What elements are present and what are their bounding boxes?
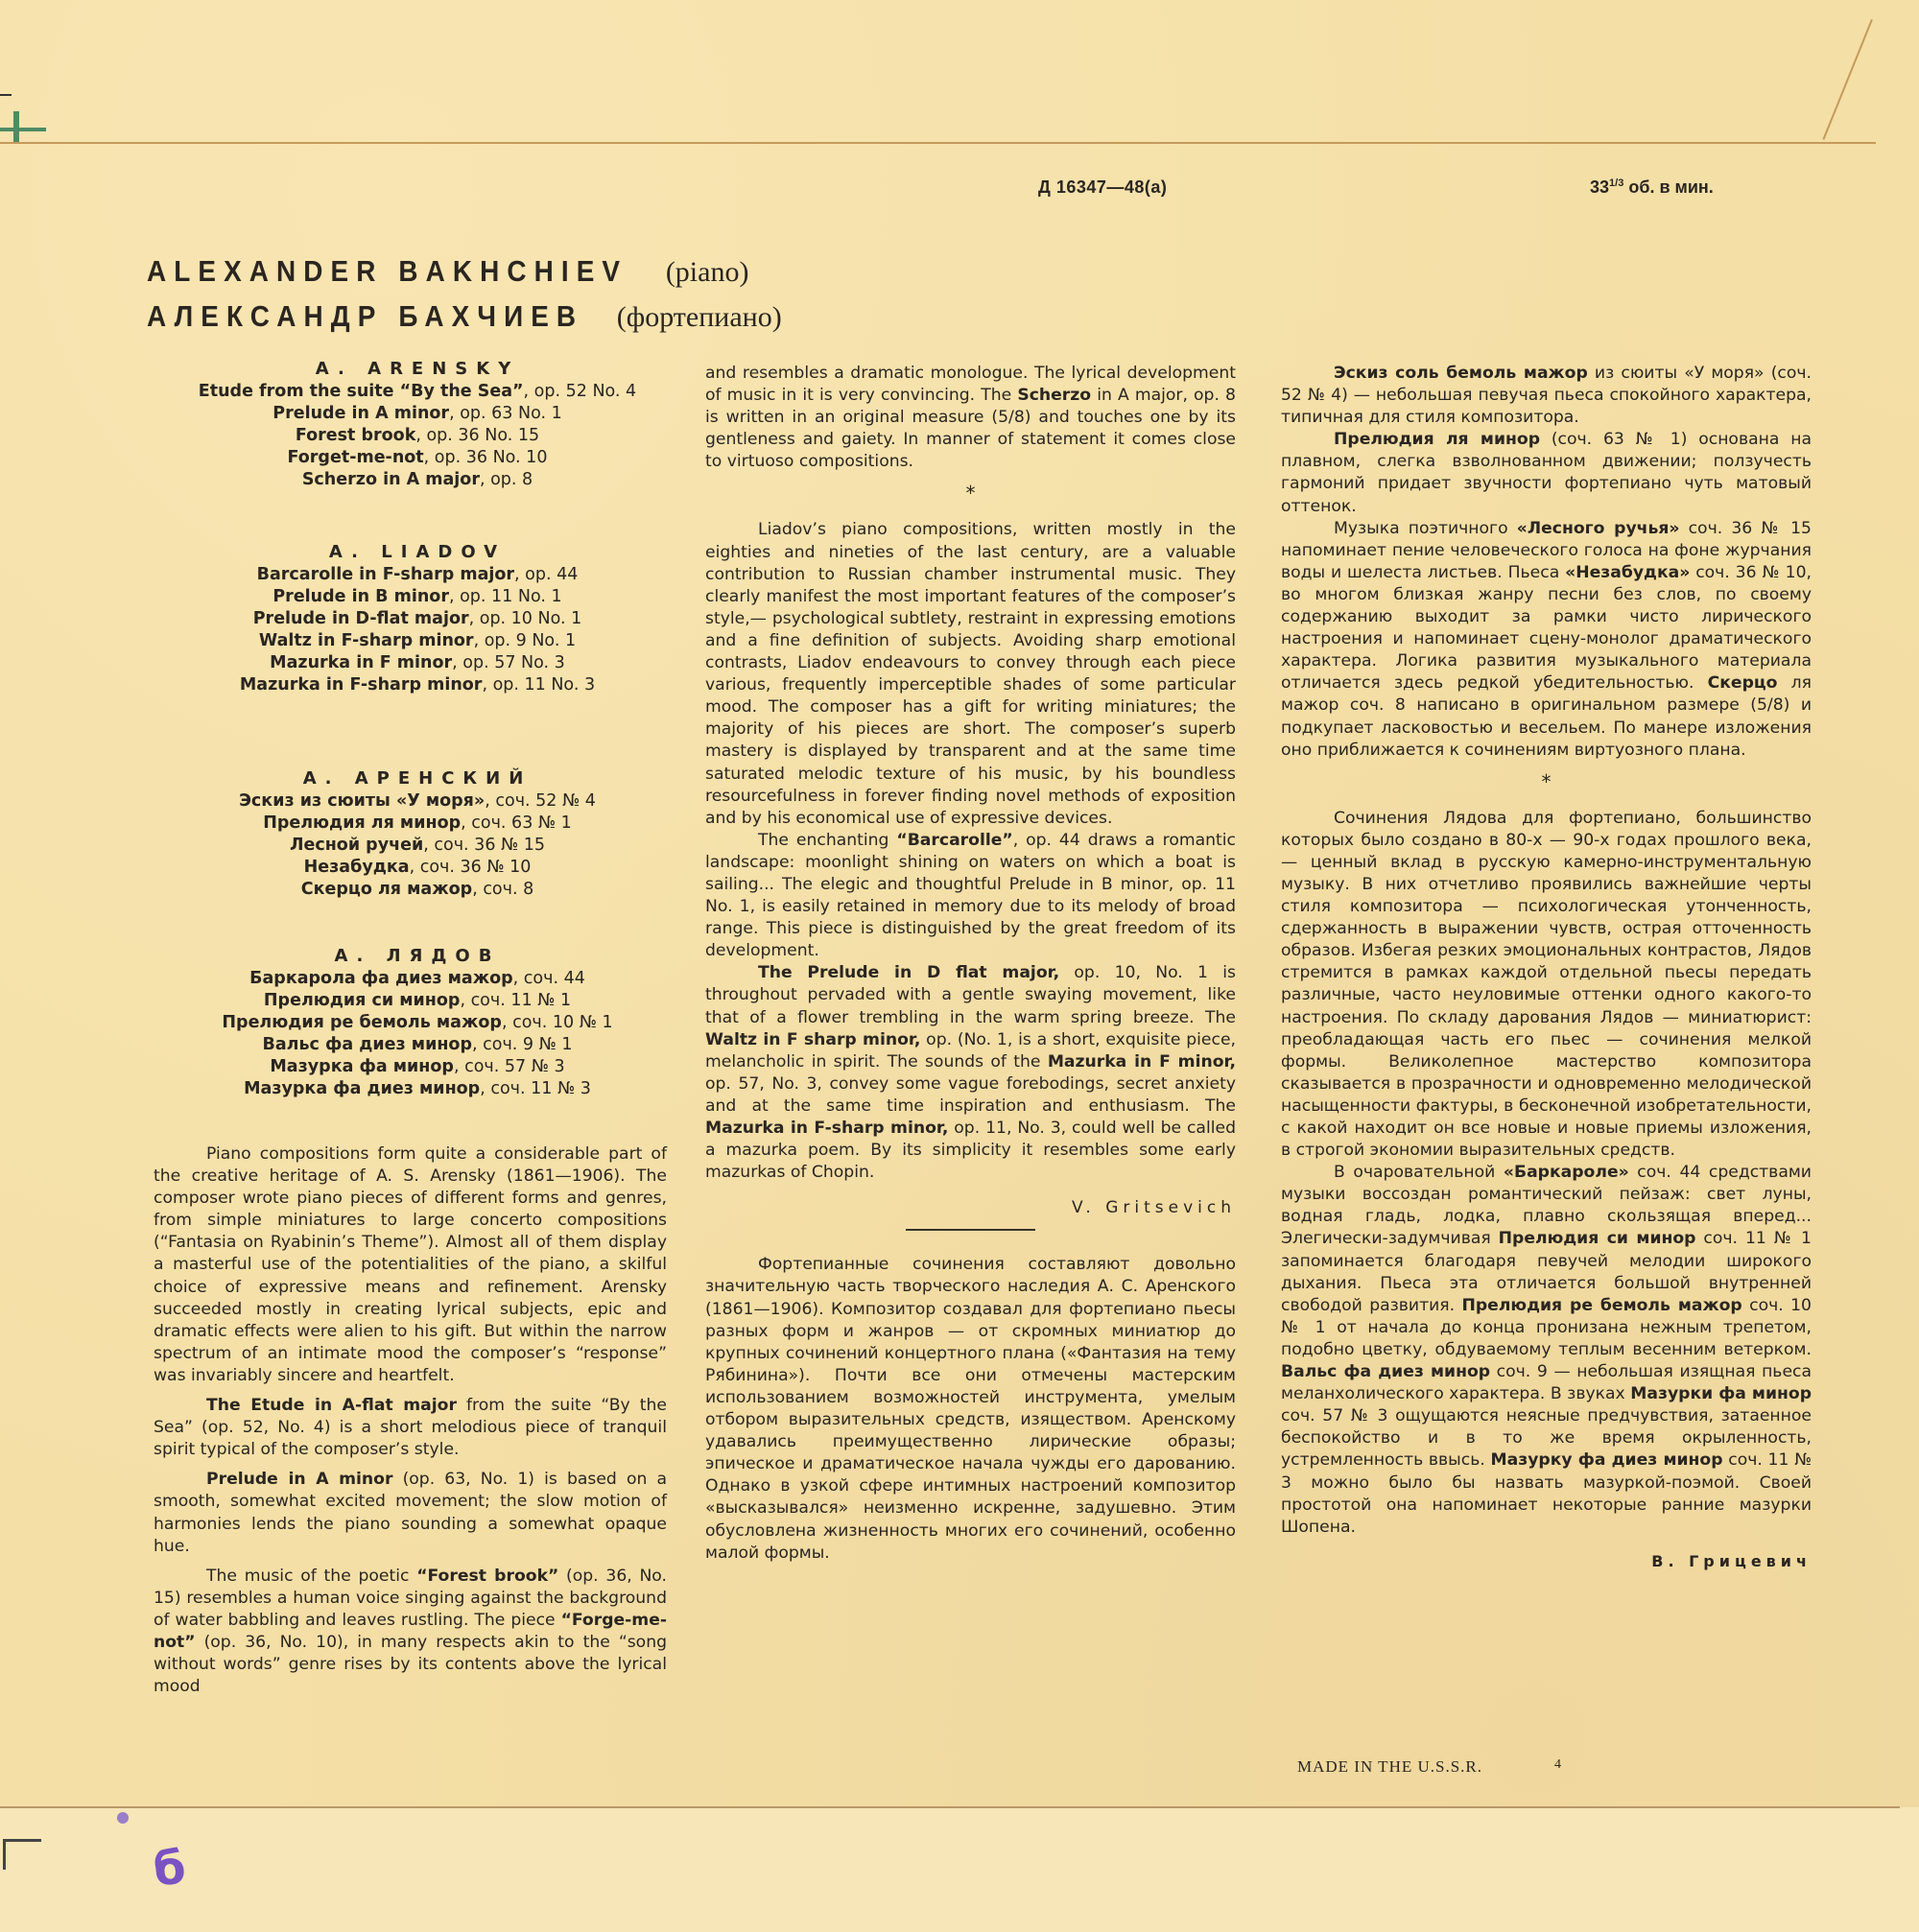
bottom-flap — [0, 1807, 1919, 1932]
notes-paragraph-ru: В очаровательной «Баркароле» соч. 44 сре… — [1281, 1162, 1812, 1539]
piece-title: “Barcarolle” — [896, 831, 1012, 850]
stamp-mark: б — [152, 1841, 187, 1897]
piece-title: Waltz in F sharp minor, — [705, 1030, 920, 1049]
piece-title: Prelude in A minor — [206, 1470, 392, 1489]
piece-title: “Forest brook” — [416, 1567, 558, 1586]
piece-title: Forest brook — [296, 426, 415, 445]
text: (op. 36, No. 10), in many respects akin … — [154, 1633, 667, 1696]
composer-heading: А. ЛЯДОВ — [144, 945, 691, 968]
piece-title: Etude from the suite “By the Sea” — [199, 382, 524, 401]
piece-title: Баркарола фа диез мажор — [249, 969, 513, 988]
opus-number: , соч. 9 № 1 — [472, 1035, 573, 1054]
piece-title: Мазурка фа минор — [270, 1057, 454, 1076]
program-arensky-en: A. ARENSKYEtude from the suite “By the S… — [144, 358, 691, 491]
instrument-ru: (фортепиано) — [617, 301, 782, 333]
piece-title: Mazurka in F minor — [270, 653, 452, 672]
notes-column-3: Эскиз соль бемоль мажор из сюиты «У моря… — [1281, 363, 1812, 1572]
program-item: Мазурка фа диез минор, соч. 11 № 3 — [144, 1078, 691, 1100]
piece-title: Мазурку фа диез минор — [1491, 1450, 1723, 1470]
fold-line-top-corner — [1822, 19, 1872, 140]
opus-number: , op. 44 — [514, 565, 578, 584]
piece-title: Эскиз соль бемоль мажор — [1334, 364, 1588, 383]
fold-line-bottom — [0, 1806, 1900, 1808]
opus-number: , op. 63 No. 1 — [449, 404, 562, 423]
piece-title: Prelude in B minor — [272, 587, 449, 606]
piece-title: Прелюдия ля минор — [1334, 430, 1540, 449]
opus-number: , соч. 11 № 3 — [480, 1079, 591, 1098]
program-liadov-en: A. LIADOVBarcarolle in F-sharp major, op… — [144, 541, 691, 696]
program-item: Прелюдия ля минор, соч. 63 № 1 — [144, 813, 691, 835]
program-arensky-ru: А. АРЕНСКИЙЭскиз из сюиты «У моря», соч.… — [144, 767, 691, 901]
made-in-label: MADE IN THE U.S.S.R. — [1297, 1757, 1482, 1777]
piece-title: Незабудка — [304, 858, 410, 877]
program-item: Mazurka in F-sharp minor, op. 11 No. 3 — [144, 674, 691, 696]
opus-number: , op. 57 No. 3 — [452, 653, 565, 672]
notes-paragraph-ru: Фортепианные сочинения составляют доволь… — [705, 1254, 1236, 1564]
piece-title: The Etude in A-flat major — [206, 1396, 457, 1415]
piece-title: Мазурка фа диез минор — [244, 1079, 480, 1098]
notes-column-2: and resembles a dramatic monologue. The … — [705, 363, 1236, 1565]
signature-en: V. Gritsevich — [705, 1197, 1236, 1219]
opus-number: , op. 36 No. 10 — [424, 448, 548, 467]
program-item: Etude from the suite “By the Sea”, op. 5… — [144, 381, 691, 403]
opus-number: , соч. 10 № 1 — [502, 1013, 613, 1032]
fold-line-top — [0, 142, 1876, 144]
piece-title: Forget-me-not — [288, 448, 424, 467]
program-item: Эскиз из сюиты «У моря», соч. 52 № 4 — [144, 790, 691, 813]
piece-title: Prelude in A minor — [272, 404, 449, 423]
text: op. 57, No. 3, convey some vague forebod… — [705, 1074, 1236, 1116]
opus-number: , op. 52 No. 4 — [524, 382, 637, 401]
notes-paragraph: Prelude in A minor (op. 63, No. 1) is ba… — [154, 1469, 667, 1557]
playback-speed: 331/3 об. в мин. — [1590, 177, 1714, 198]
speed-fraction: 1/3 — [1609, 177, 1623, 189]
text: В очаровательной — [1334, 1163, 1504, 1182]
piece-title: «Баркароле» — [1504, 1163, 1629, 1182]
program-item: Вальс фа диез минор, соч. 9 № 1 — [144, 1034, 691, 1056]
notes-paragraph: and resembles a dramatic monologue. The … — [705, 363, 1236, 473]
piece-title: Scherzo in A major — [302, 470, 480, 489]
piece-title: Эскиз из сюиты «У моря» — [239, 791, 485, 811]
opus-number: , соч. 57 № 3 — [454, 1057, 565, 1076]
notes-paragraph: The Etude in A-flat major from the suite… — [154, 1395, 667, 1461]
registration-mark-icon — [0, 128, 46, 131]
piece-title: Scherzo — [1017, 386, 1091, 405]
divider-rule — [906, 1229, 1035, 1231]
program-item: Баркарола фа диез мажор, соч. 44 — [144, 968, 691, 990]
opus-number: , соч. 36 № 15 — [423, 836, 545, 855]
speed-unit: об. в мин. — [1623, 177, 1713, 197]
notes-paragraph: The Prelude in D flat major, op. 10, No.… — [705, 962, 1236, 1184]
crop-mark-icon — [3, 1839, 41, 1842]
catalog-number: Д 16347—48(а) — [1038, 177, 1167, 198]
section-divider-star: * — [705, 479, 1236, 507]
piece-title: Скерцо ля мажор — [301, 880, 472, 899]
piece-title: Mazurka in F minor, — [1048, 1052, 1236, 1072]
notes-paragraph: Piano compositions form quite a consider… — [154, 1143, 667, 1387]
notes-paragraph: Liadov’s piano compositions, written mos… — [705, 519, 1236, 829]
speed-value: 33 — [1590, 177, 1609, 197]
notes-paragraph-ru: Сочинения Лядова для фортепиано, большин… — [1281, 808, 1812, 1163]
piece-title: Waltz in F-sharp minor — [259, 631, 474, 650]
signature-ru: В. Грицевич — [1281, 1550, 1812, 1572]
opus-number: , op. 9 No. 1 — [474, 631, 577, 650]
piece-title: Лесной ручей — [290, 836, 423, 855]
program-item: Prelude in D-flat major, op. 10 No. 1 — [144, 608, 691, 630]
piece-title: Мазурки фа минор — [1630, 1384, 1812, 1403]
piece-title: «Лесного ручья» — [1517, 519, 1680, 538]
program-item: Barcarolle in F-sharp major, op. 44 — [144, 564, 691, 586]
notes-paragraph-ru: Прелюдия ля минор (соч. 63 № 1) основана… — [1281, 429, 1812, 517]
program-item: Мазурка фа минор, соч. 57 № 3 — [144, 1056, 691, 1078]
opus-number: , op. 8 — [480, 470, 533, 489]
program-liadov-ru: А. ЛЯДОВБаркарола фа диез мажор, соч. 44… — [144, 945, 691, 1100]
opus-number: , соч. 63 № 1 — [461, 813, 572, 833]
piece-title: The Prelude in D flat major, — [758, 963, 1059, 982]
program-item: Скерцо ля мажор, соч. 8 — [144, 879, 691, 901]
composer-heading: A. LIADOV — [144, 541, 691, 564]
text: The music of the poetic — [206, 1567, 416, 1586]
program-item: Прелюдия ре бемоль мажор, соч. 10 № 1 — [144, 1012, 691, 1034]
opus-number: , соч. 44 — [513, 969, 585, 988]
notes-en-column-1: Piano compositions form quite a consider… — [154, 1143, 667, 1698]
piece-title: Вальс фа диез минор — [1281, 1362, 1490, 1381]
opus-number: , соч. 36 № 10 — [410, 858, 532, 877]
program-item: Scherzo in A major, op. 8 — [144, 469, 691, 491]
composer-heading: А. АРЕНСКИЙ — [144, 767, 691, 790]
program-item: Prelude in B minor, op. 11 No. 1 — [144, 586, 691, 608]
title-english: ALEXANDER BAKHCHIEV (piano) — [147, 254, 748, 289]
program-item: Mazurka in F minor, op. 57 No. 3 — [144, 652, 691, 674]
text: , op. 44 draws a romantic landscape: moo… — [705, 831, 1236, 960]
opus-number: , op. 10 No. 1 — [469, 609, 582, 628]
crop-mark-icon-vertical — [3, 1839, 6, 1870]
piece-title: Mazurka in F-sharp minor, — [705, 1119, 948, 1138]
program-item: Незабудка, соч. 36 № 10 — [144, 857, 691, 879]
notes-paragraph: The music of the poetic “Forest brook” (… — [154, 1566, 667, 1699]
title-russian: АЛЕКСАНДР БАХЧИЕВ (фортепиано) — [147, 299, 782, 334]
piece-title: Прелюдия ля минор — [263, 813, 461, 833]
piece-title: Prelude in D-flat major — [253, 609, 469, 628]
opus-number: , op. 11 No. 3 — [482, 675, 595, 695]
piece-title: «Незабудка» — [1565, 563, 1690, 582]
piece-title: Скерцо — [1708, 673, 1778, 693]
instrument-en: (piano) — [666, 256, 749, 288]
notes-paragraph: The enchanting “Barcarolle”, op. 44 draw… — [705, 830, 1236, 963]
program-item: Лесной ручей, соч. 36 № 15 — [144, 835, 691, 857]
page-number: 4 — [1554, 1757, 1561, 1773]
opus-number: , op. 36 No. 15 — [415, 426, 539, 445]
text: The enchanting — [758, 831, 896, 850]
piece-title: Вальс фа диез минор — [262, 1035, 472, 1054]
program-item: Forget-me-not, op. 36 No. 10 — [144, 447, 691, 469]
ink-dot — [117, 1812, 129, 1824]
opus-number: , соч. 8 — [472, 880, 533, 899]
program-item: Forest brook, op. 36 No. 15 — [144, 425, 691, 447]
piece-title: Прелюдия си минор — [1499, 1229, 1696, 1248]
performer-name-ru: АЛЕКСАНДР БАХЧИЕВ — [147, 299, 583, 334]
notes-paragraph-ru: Эскиз соль бемоль мажор из сюиты «У моря… — [1281, 363, 1812, 429]
section-divider-star: * — [1281, 767, 1812, 796]
program-item: Прелюдия си минор, соч. 11 № 1 — [144, 990, 691, 1012]
piece-title: Прелюдия ре бемоль мажор — [1461, 1296, 1741, 1315]
program-item: Waltz in F-sharp minor, op. 9 No. 1 — [144, 630, 691, 652]
piece-title: Mazurka in F-sharp minor — [240, 675, 483, 695]
program-item: Prelude in A minor, op. 63 No. 1 — [144, 403, 691, 425]
registration-dash — [0, 94, 12, 96]
piece-title: Прелюдия си минор — [264, 991, 461, 1010]
piece-title: Barcarolle in F-sharp major — [257, 565, 514, 584]
text: Музыка поэтичного — [1334, 519, 1517, 538]
composer-heading: A. ARENSKY — [144, 358, 691, 381]
performer-name-en: ALEXANDER BAKHCHIEV — [147, 254, 628, 289]
notes-paragraph-ru: Музыка поэтичного «Лесного ручья» соч. 3… — [1281, 518, 1812, 762]
piece-title: Прелюдия ре бемоль мажор — [222, 1013, 502, 1032]
opus-number: , соч. 52 № 4 — [485, 791, 596, 811]
registration-mark-icon-vertical — [13, 111, 19, 142]
opus-number: , op. 11 No. 1 — [449, 587, 562, 606]
opus-number: , соч. 11 № 1 — [460, 991, 571, 1010]
